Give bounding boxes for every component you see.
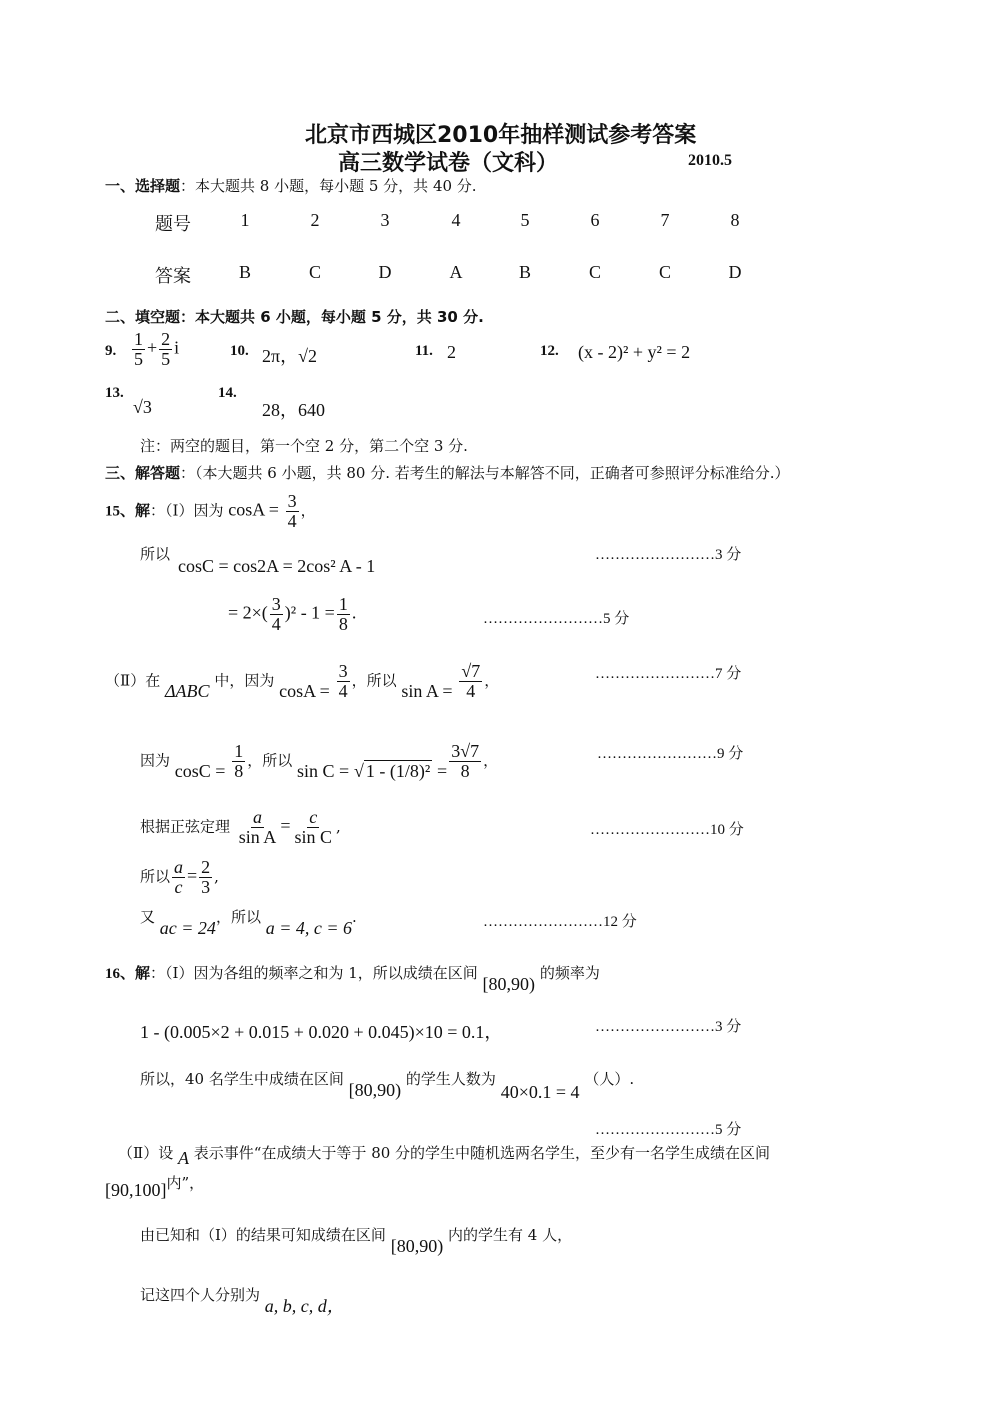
numerator: 1 [232,742,245,762]
text: 记这四个人分别为 [140,1286,260,1304]
interval: [80,90) [349,1080,402,1100]
q15-sinC: 因为 cosC = 18，所以 sin C = √1 - (1/8)² =3√7… [140,742,498,781]
table-cell: B [510,262,540,283]
text: ，所以 [216,908,261,926]
expr: cosA = [279,681,330,701]
section-3-desc: ：（本大题共 6 小题，共 80 分. 若考生的解法与本解答不同，正确者可参照评… [180,464,790,482]
expr: = 2×( [228,603,268,623]
numerator: √7 [459,662,482,682]
table-cell: 1 [230,210,260,231]
numerator: 3 [286,492,299,512]
table-cell: 5 [510,210,540,231]
text: 的频率为 [540,964,600,982]
q15-part2: （Ⅱ）在 ΔABC 中，因为 cosA = 34，所以 sin A = √74， [105,662,499,701]
radicand: 1 - (1/8)² [364,760,432,781]
item-number: 14. [218,385,237,402]
answer-9: 15+25i [130,330,179,369]
table-cell: 3 [370,210,400,231]
denominator: 4 [286,512,299,531]
dots: …………………… [590,822,710,838]
answer-11: 2 [447,342,456,363]
score: 3 分 [715,1019,741,1035]
expr: a = 4, c = 6 [266,918,352,938]
text: 的学生人数为 [406,1070,496,1088]
table-cell: C [300,262,330,283]
text: 因为 [140,751,170,769]
q15-line2: cosC = cos2A = 2cos² A - 1 [178,556,375,577]
q15-part1: 15、解：（Ⅰ）因为 cosA = 34， [105,492,316,531]
table-cell: 4 [441,210,471,231]
text: 又 [140,908,155,926]
text: 根据正弦定理 [140,817,230,835]
table-cell: 8 [720,210,750,231]
score-marker: ……………………12 分 [483,910,637,931]
text: ，所以 [352,671,397,689]
q15-so: 所以 [140,543,170,564]
numerator: 3√7 [449,742,481,762]
q16-label: 16、解 [105,966,150,982]
score-marker: ……………………10 分 [590,818,744,839]
item-number: 10. [230,343,249,360]
q15-sine-law: 根据正弦定理 asin A=csin C, [140,808,341,847]
dots: …………………… [483,914,603,930]
denominator: 3 [199,878,212,897]
q15-ratio: 所以ac=23, [140,858,219,897]
text: （Ⅱ）设 [118,1144,173,1162]
denominator: 8 [232,762,245,781]
expr: sin C = [297,761,349,781]
section-2-heading: 二、填空题：本大题共 6 小题，每小题 5 分，共 30 分. [105,306,484,327]
denominator: 8 [459,762,472,781]
score: 9 分 [717,746,743,762]
denominator: 8 [337,615,350,634]
table-cell: C [650,262,680,283]
score-marker: ……………………5 分 [595,1118,741,1139]
q16-record: 记这四个人分别为 a, b, c, d， [140,1280,345,1306]
table-cell: 2 [300,210,330,231]
answer-10: 2π，√2 [262,342,317,368]
score: 10 分 [710,822,744,838]
expr: 40×0.1 = 4 [501,1082,580,1102]
text: ，所以 [247,751,292,769]
document-date: 2010.5 [688,152,732,170]
q15-intro: ：（Ⅰ）因为 [150,501,223,519]
table-cell: 6 [580,210,610,231]
score: 5 分 [603,611,629,627]
section-3-title: 三、解答题 [105,464,180,482]
table-cell: B [230,262,260,283]
table-cell: D [370,262,400,283]
score-marker: ……………………3 分 [595,1015,741,1036]
table-cell: A [441,262,471,283]
expr: ac = 24 [160,918,216,938]
answer-14: 28，640 [262,396,325,422]
item-number: 11. [415,343,433,360]
score-marker: ……………………5 分 [483,607,629,628]
q16-part2-cont: [90,100]内”， [105,1172,204,1193]
text: 内”， [167,1174,205,1192]
score-marker: ……………………3 分 [595,543,741,564]
interval: [90,100] [105,1180,167,1200]
expr: . [352,603,357,623]
item-number: 12. [540,343,559,360]
section-1-heading: 一、选择题：本大题共 8 小题，每小题 5 分，共 40 分. [105,175,477,196]
triangle: ΔABC [165,681,210,701]
expr: cosA = [228,499,279,519]
expr: cosC = [175,761,226,781]
dots: …………………… [483,611,603,627]
q16-known: 由已知和（Ⅰ）的结果可知成绩在区间 [80,90) 内的学生有 4 人， [140,1224,572,1245]
dots: …………………… [595,666,715,682]
dots: …………………… [595,1019,715,1035]
expr: sin A = [401,681,452,701]
text: （人）. [584,1070,634,1088]
q16-part1: 16、解：（Ⅰ）因为各组的频率之和为 1，所以成绩在区间 [80,90) 的频率… [105,962,600,983]
text: 所以，40 名学生中成绩在区间 [140,1070,344,1088]
q16-count: 所以，40 名学生中成绩在区间 [80,90) 的学生人数为 40×0.1 = … [140,1068,634,1089]
interval: [80,90) [391,1236,444,1256]
q15-part2-intro: （Ⅱ）在 [105,671,160,689]
dots: …………………… [597,746,717,762]
score-marker: ……………………7 分 [595,662,741,683]
score: 5 分 [715,1122,741,1138]
table-cell: 7 [650,210,680,231]
q15-line3: = 2×(34)² - 1 =18. [228,595,356,634]
score: 12 分 [603,914,637,930]
document-subtitle: 高三数学试卷（文科） [338,146,558,177]
dots: …………………… [595,547,715,563]
table-cell: D [720,262,750,283]
table-cell: C [580,262,610,283]
expr: )² - 1 = [285,603,335,623]
text: ：（Ⅰ）因为各组的频率之和为 1，所以成绩在区间 [150,964,478,982]
score: 3 分 [715,547,741,563]
q15-label: 15、解 [105,503,150,519]
numerator: 1 [337,595,350,615]
text: 中，因为 [214,671,274,689]
q15-result: 又 ac = 24，所以 a = 4, c = 6. [140,906,357,927]
fill-blank-note: 注：两空的题目，第一个空 2 分，第二个空 3 分. [140,435,468,456]
score: 7 分 [715,666,741,682]
text: 内的学生有 4 人， [448,1226,572,1244]
row-label-answer: 答案 [155,262,191,288]
answer-13: √3 [133,397,152,418]
score-marker: ……………………9 分 [597,742,743,763]
q16-part2: （Ⅱ）设 A 表示事件“在成绩大于等于 80 分的学生中随机选两名学生，至少有一… [118,1142,770,1163]
event-symbol: A [178,1148,189,1168]
names: a, b, c, d， [265,1296,345,1316]
denominator: sin A [237,828,279,847]
section-3-heading: 三、解答题：（本大题共 6 小题，共 80 分. 若考生的解法与本解答不同，正确… [105,462,790,483]
numerator: c [307,808,319,828]
numerator: a [251,808,264,828]
section-1-title: 一、选择题 [105,177,180,195]
text: 由已知和（Ⅰ）的结果可知成绩在区间 [140,1226,386,1244]
item-number: 13. [105,385,124,402]
text: 表示事件“在成绩大于等于 80 分的学生中随机选两名学生，至少有一名学生成绩在区… [194,1144,770,1162]
answer-12: (x - 2)² + y² = 2 [578,342,690,363]
dots: …………………… [595,1122,715,1138]
numerator: 2 [199,858,212,878]
document-title: 北京市西城区2010年抽样测试参考答案 [305,118,696,149]
section-1-desc: ：本大题共 8 小题，每小题 5 分，共 40 分. [180,177,477,195]
text: 所以 [140,867,170,885]
item-number: 9. [105,343,116,360]
interval: [80,90) [483,974,536,994]
q16-calc: 1 - (0.005×2 + 0.015 + 0.020 + 0.045)×10… [140,1018,502,1044]
denominator: sin C [292,828,334,847]
row-label-number: 题号 [155,210,191,236]
